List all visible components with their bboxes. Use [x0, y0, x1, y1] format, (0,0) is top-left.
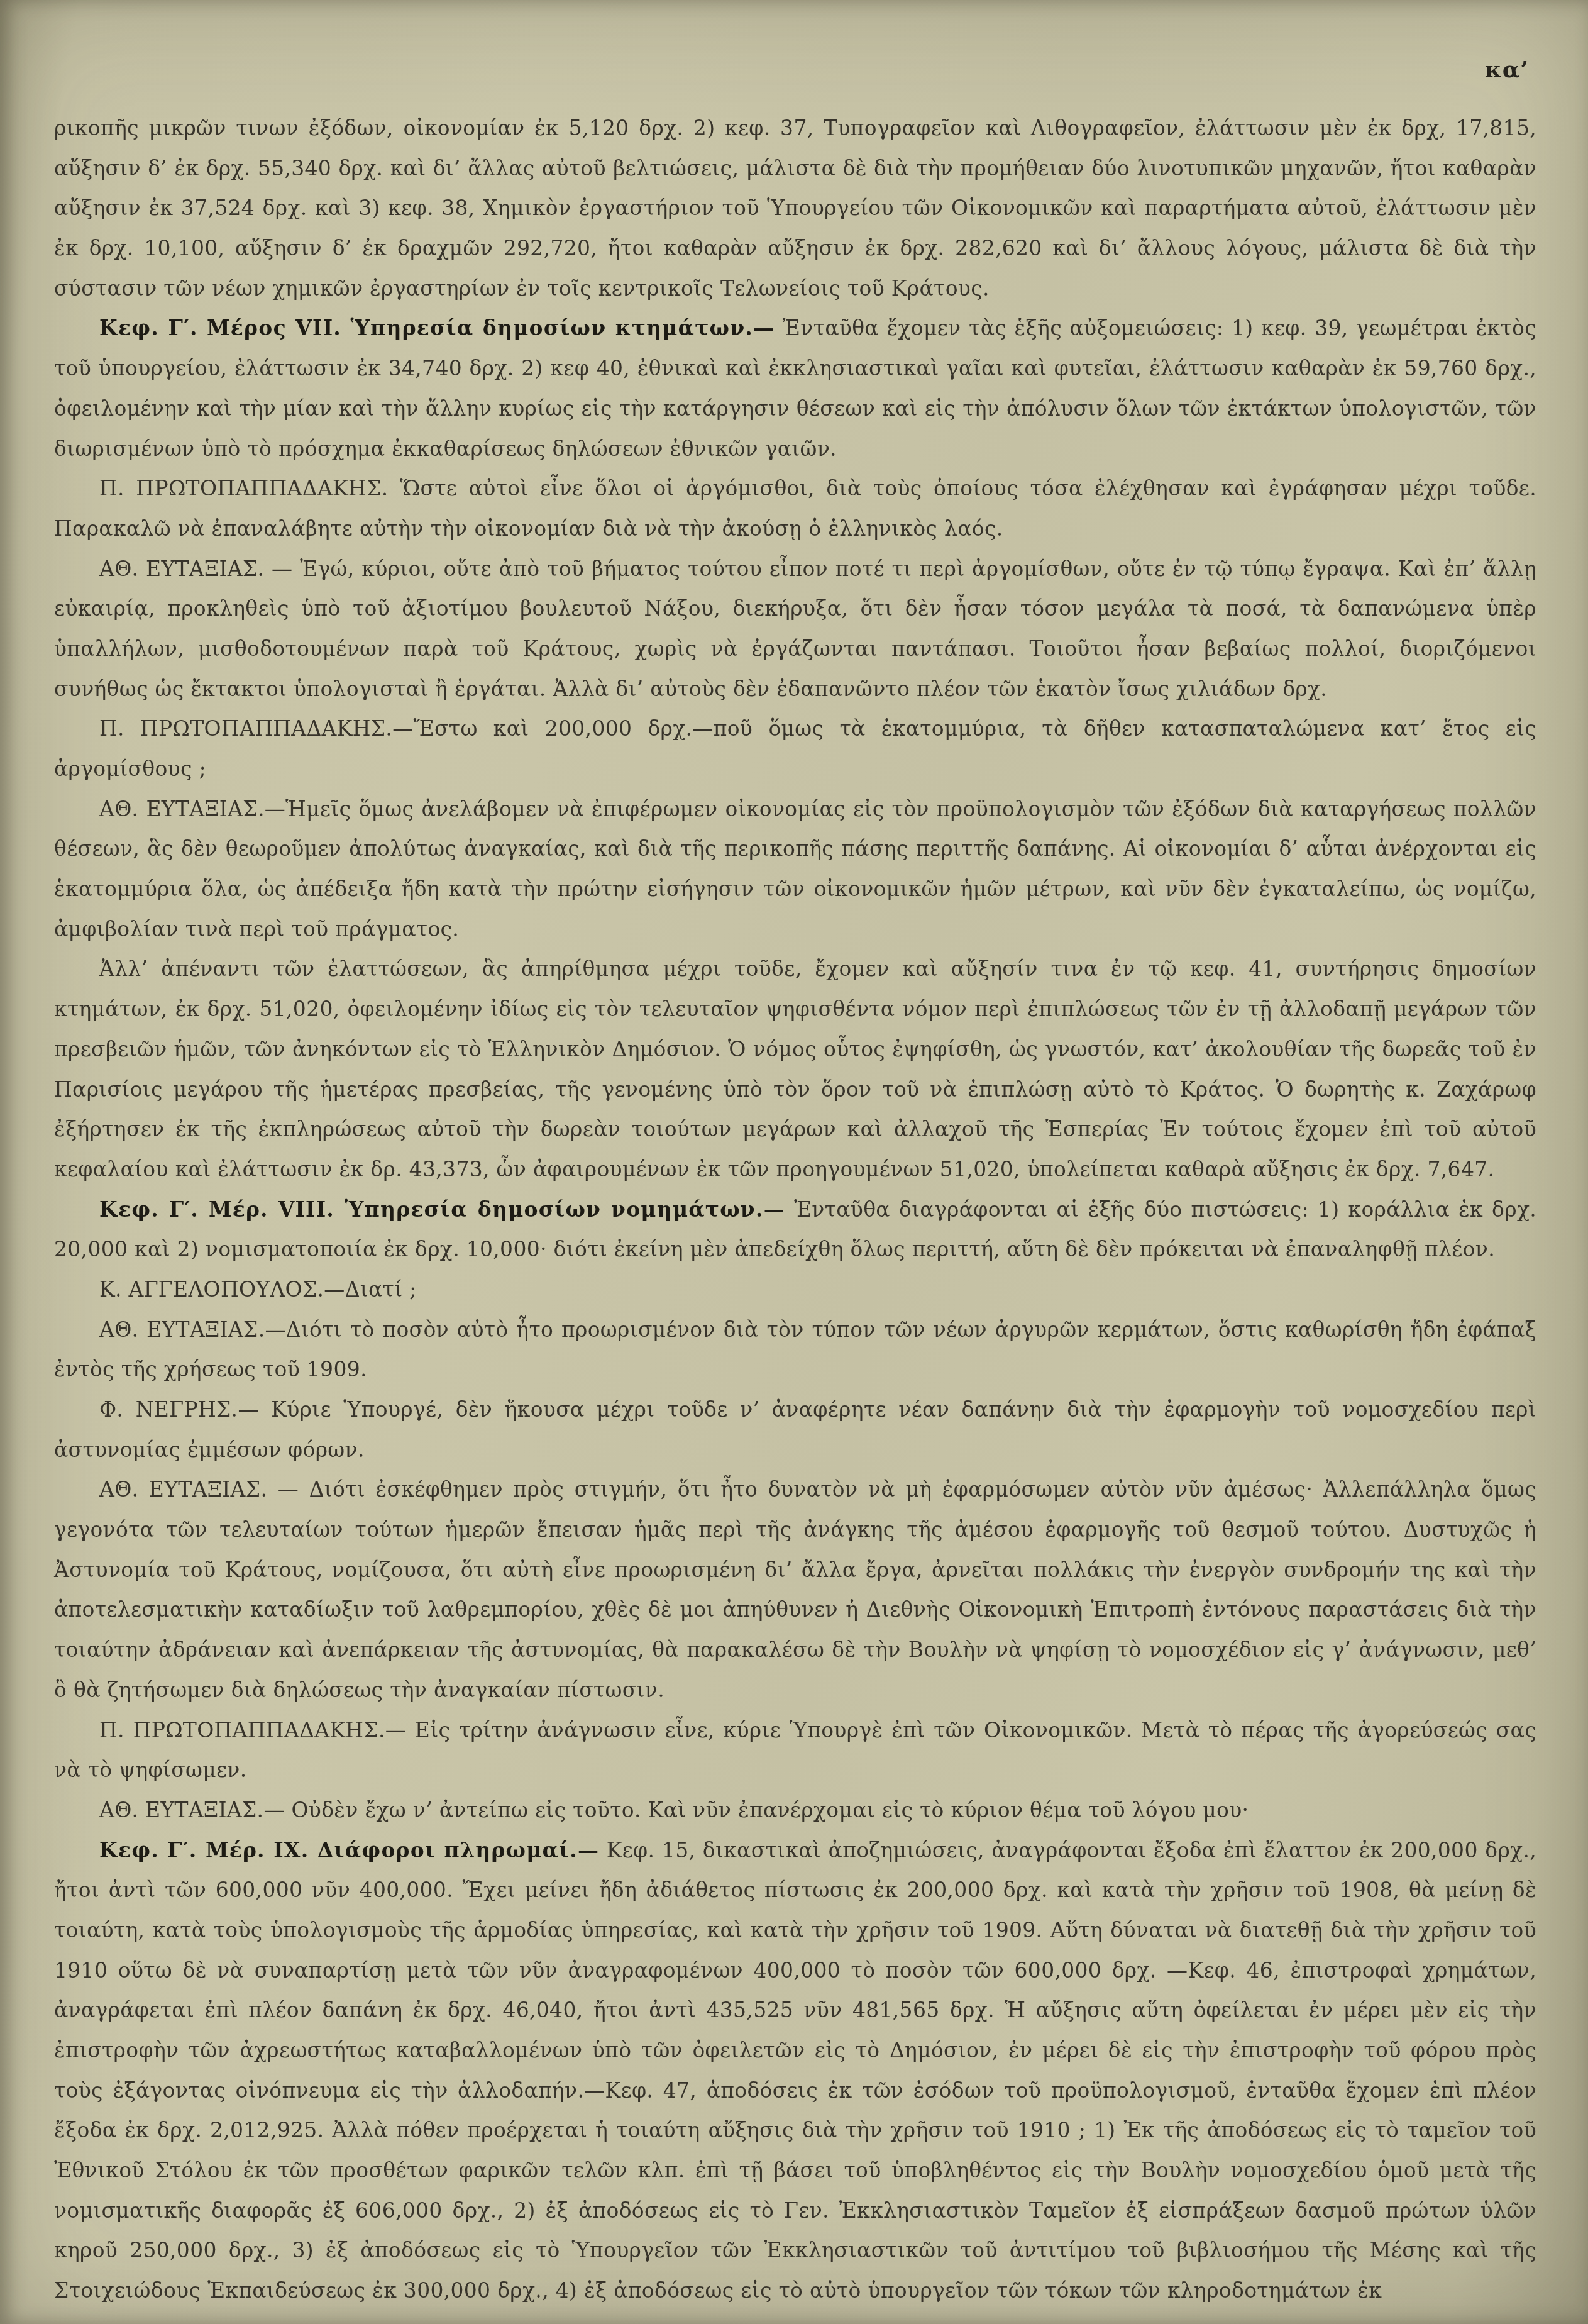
paragraph: ΑΘ. ΕΥΤΑΞΙΑΣ. — Διότι ἐσκέφθημεν πρὸς στ… — [54, 1469, 1536, 1710]
paragraph: Κεφ. Γ′. Μέρ. IX. Διάφοροι πληρωμαί.— Κε… — [54, 1830, 1536, 2311]
paragraph: Ἀλλ’ ἀπέναντι τῶν ἐλαττώσεων, ἃς ἀπηρίθμ… — [54, 949, 1536, 1189]
paragraph-text: Κεφ. 15, δικαστικαὶ ἀποζημιώσεις, ἀναγρά… — [54, 1838, 1536, 2303]
paragraph-text: ΑΘ. ΕΥΤΑΞΙΑΣ.—Διότι τὸ ποσὸν αὐτὸ ἦτο πρ… — [54, 1317, 1536, 1382]
section-heading: Κεφ. Γ′. Μέρος VII. Ὑπηρεσία δημοσίων κτ… — [99, 316, 775, 340]
paragraph-text: Π. ΠΡΩΤΟΠΑΠΠΑΔΑΚΗΣ.— Εἰς τρίτην ἀνάγνωσι… — [54, 1718, 1536, 1783]
paragraph-text: ρικοπῆς μικρῶν τινων ἐξόδων, οἰκονομίαν … — [54, 116, 1536, 301]
paragraph-text: Π. ΠΡΩΤΟΠΑΠΠΑΔΑΚΗΣ. Ὥστε αὐτοὶ εἶνε ὅλοι… — [54, 476, 1536, 541]
paragraph-text: Π. ΠΡΩΤΟΠΑΠΠΑΔΑΚΗΣ.—Ἔστω καὶ 200,000 δρχ… — [54, 716, 1536, 781]
paragraph-text: ΑΘ. ΕΥΤΑΞΙΑΣ. — Ἐγώ, κύριοι, οὔτε ἀπὸ το… — [54, 556, 1536, 701]
paragraph-text: ΑΘ. ΕΥΤΑΞΙΑΣ.—Ἡμεῖς ὅμως ἀνελάβομεν νὰ ἐ… — [54, 797, 1536, 941]
section-heading: Κεφ. Γ′. Μέρ. VIII. Ὑπηρεσία δημοσίων νο… — [99, 1197, 785, 1222]
scanned-page: κα’ ρικοπῆς μικρῶν τινων ἐξόδων, οἰκονομ… — [0, 0, 1588, 2324]
paragraph: Π. ΠΡΩΤΟΠΑΠΠΑΔΑΚΗΣ.—Ἔστω καὶ 200,000 δρχ… — [54, 709, 1536, 788]
paragraph: ΑΘ. ΕΥΤΑΞΙΑΣ.— Οὐδὲν ἔχω ν’ ἀντείπω εἰς … — [54, 1790, 1536, 1830]
page-body: ρικοπῆς μικρῶν τινων ἐξόδων, οἰκονομίαν … — [54, 108, 1536, 2311]
paragraph-text: ΑΘ. ΕΥΤΑΞΙΑΣ. — Διότι ἐσκέφθημεν πρὸς στ… — [54, 1477, 1536, 1701]
paragraph-text: Κ. ΑΓΓΕΛΟΠΟΥΛΟΣ.—Διατί ; — [99, 1277, 417, 1302]
paragraph: ΑΘ. ΕΥΤΑΞΙΑΣ.—Διότι τὸ ποσὸν αὐτὸ ἦτο πρ… — [54, 1310, 1536, 1390]
paragraph: Π. ΠΡΩΤΟΠΑΠΠΑΔΑΚΗΣ. Ὥστε αὐτοὶ εἶνε ὅλοι… — [54, 468, 1536, 548]
paragraph: Φ. ΝΕΓΡΗΣ.— Κύριε Ὑπουργέ, δὲν ἤκουσα μέ… — [54, 1390, 1536, 1469]
paragraph: ΑΘ. ΕΥΤΑΞΙΑΣ.—Ἡμεῖς ὅμως ἀνελάβομεν νὰ ἐ… — [54, 789, 1536, 949]
paragraph-text: ΑΘ. ΕΥΤΑΞΙΑΣ.— Οὐδὲν ἔχω ν’ ἀντείπω εἰς … — [99, 1798, 1249, 1822]
paragraph: Π. ΠΡΩΤΟΠΑΠΠΑΔΑΚΗΣ.— Εἰς τρίτην ἀνάγνωσι… — [54, 1710, 1536, 1790]
paragraph-text: Ἀλλ’ ἀπέναντι τῶν ἐλαττώσεων, ἃς ἀπηρίθμ… — [54, 956, 1536, 1181]
paragraph: Κεφ. Γ′. Μέρ. VIII. Ὑπηρεσία δημοσίων νο… — [54, 1190, 1536, 1270]
paragraph-text: Φ. ΝΕΓΡΗΣ.— Κύριε Ὑπουργέ, δὲν ἤκουσα μέ… — [54, 1397, 1536, 1462]
paragraph: Κ. ΑΓΓΕΛΟΠΟΥΛΟΣ.—Διατί ; — [54, 1270, 1536, 1310]
paragraph: ΑΘ. ΕΥΤΑΞΙΑΣ. — Ἐγώ, κύριοι, οὔτε ἀπὸ το… — [54, 549, 1536, 709]
paragraph: ρικοπῆς μικρῶν τινων ἐξόδων, οἰκονομίαν … — [54, 108, 1536, 308]
paragraph: Κεφ. Γ′. Μέρος VII. Ὑπηρεσία δημοσίων κτ… — [54, 308, 1536, 468]
section-heading: Κεφ. Γ′. Μέρ. IX. Διάφοροι πληρωμαί.— — [99, 1838, 599, 1862]
folio-number: κα’ — [1485, 57, 1529, 83]
